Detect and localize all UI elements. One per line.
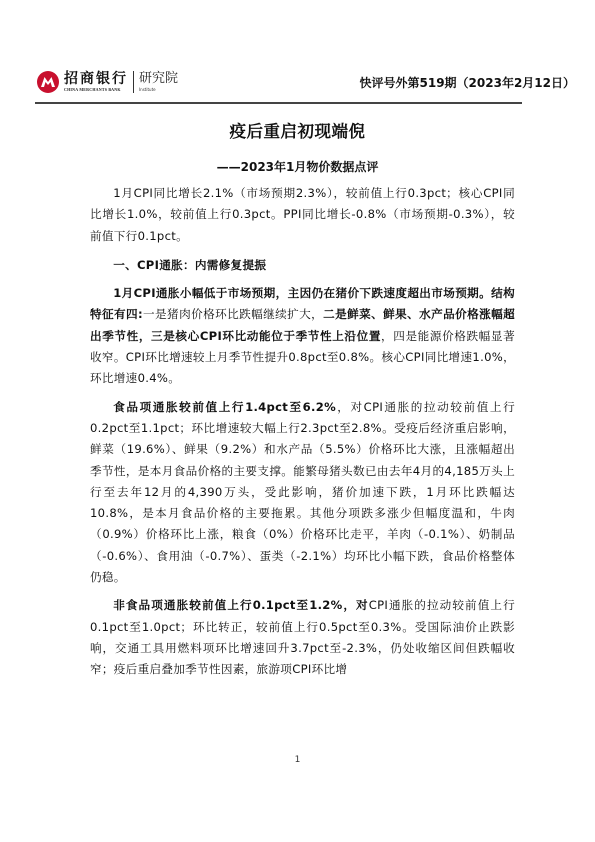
report-subtitle: ——2023年1月物价数据点评 — [0, 158, 595, 175]
cmb-logo-icon — [37, 71, 59, 93]
bank-logo: 招商银行 CHINA MERCHANTS BANK 研究院 Institute — [35, 66, 178, 98]
report-header: 招商银行 CHINA MERCHANTS BANK 研究院 Institute … — [35, 66, 535, 100]
header-divider — [35, 102, 522, 104]
report-body: 1月CPI同比增长2.1%（市场预期2.3%），较前值上行0.3pct；核心CP… — [90, 183, 515, 681]
bold-text: 食品项通胀较前值上行1.4pct至6.2% — [113, 400, 336, 414]
logo-divider — [133, 71, 134, 93]
report-title: 疫后重启初现端倪 — [0, 118, 595, 142]
logo-english-name: CHINA MERCHANTS BANK — [64, 87, 128, 93]
institute-english: Institute — [139, 87, 178, 93]
issue-info: 快评号外第519期（2023年2月12日） — [360, 74, 576, 91]
page-number: 1 — [0, 755, 595, 765]
nonfood-inflation-paragraph: 非食品项通胀较前值上行0.1pct至1.2%，对CPI通胀的拉动较前值上行0.1… — [90, 595, 515, 680]
food-inflation-paragraph: 食品项通胀较前值上行1.4pct至6.2%，对CPI通胀的拉动较前值上行0.2p… — [90, 397, 515, 589]
normal-text: ，对CPI通胀的拉动较前值上行0.2pct至1.1pct；环比增速较大幅上行2.… — [90, 400, 515, 584]
bold-text: 非食品项通胀较前值上行0.1pct至1.2%，对 — [113, 598, 369, 612]
normal-text: 一是猪肉价格环比跌幅继续扩大， — [143, 307, 323, 321]
logo-chinese-name: 招商银行 — [64, 71, 128, 87]
section-heading: 一、CPI通胀：内需修复提振 — [90, 255, 515, 276]
summary-paragraph: 1月CPI同比增长2.1%（市场预期2.3%），较前值上行0.3pct；核心CP… — [90, 183, 515, 247]
cpi-overview-paragraph: 1月CPI通胀小幅低于市场预期，主因仍在猪价下跌速度超出市场预期。结构特征有四:… — [90, 283, 515, 389]
institute-name: 研究院 — [139, 71, 178, 87]
